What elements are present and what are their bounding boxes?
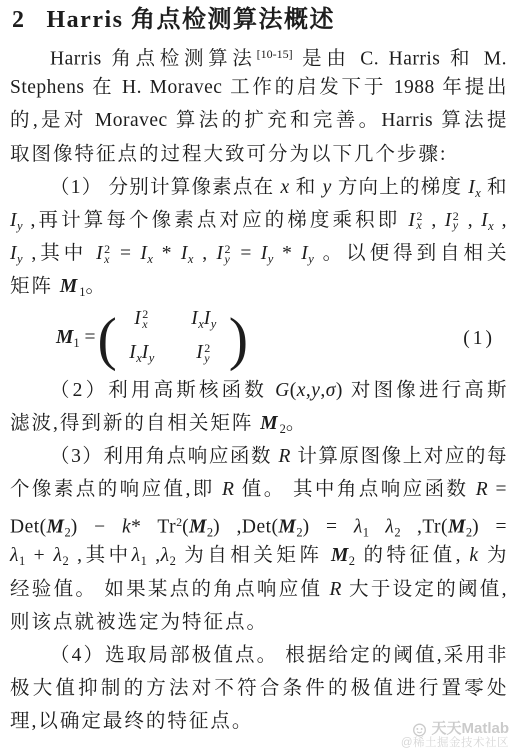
watermark-brand: 天天Matlab bbox=[431, 721, 509, 737]
text-segment: * bbox=[153, 243, 181, 264]
text-segment: 则该点就被选定为特征点。 bbox=[10, 612, 268, 633]
text-segment: ) = bbox=[472, 517, 507, 538]
text-segment: y bbox=[211, 317, 217, 331]
text-segment: M bbox=[60, 276, 79, 297]
document-page: 2 Harris 角点检测算法概述 Harris 角点检测算法[10-15] 是… bbox=[0, 0, 516, 753]
text-segment: G bbox=[275, 380, 290, 401]
text-segment: Stephens 在 H. Moravec 工作的启发下于 1988 年提出 bbox=[10, 77, 507, 98]
text-segment: I bbox=[181, 243, 188, 264]
stacked-supsub: 2y bbox=[453, 212, 459, 231]
text-segment: 极大值抑制的方法对不符合条件的极值进行置零处 bbox=[10, 678, 507, 699]
watermark: 天天Matlab @稀土掘金技术社区 bbox=[401, 721, 509, 750]
matrix: I2xIxIyIxIyI2y bbox=[117, 306, 229, 371]
text-segment: ,Tr( bbox=[401, 517, 448, 538]
text-segment: , bbox=[193, 243, 216, 264]
matrix-cell: I2y bbox=[187, 340, 221, 371]
text-segment: 理,以确定最终的特征点。 bbox=[10, 711, 253, 732]
text-segment: k bbox=[469, 545, 478, 566]
text-segment: I bbox=[134, 308, 141, 329]
text-line: Iy ,其中 I2x = Ix * Ix , I2y = Iy * Iy 。以便… bbox=[10, 237, 507, 270]
text-segment bbox=[369, 517, 385, 538]
text-line: 个像素点的响应值,即 R 值。 其中角点响应函数 R = bbox=[10, 473, 507, 506]
text-segment: , bbox=[460, 210, 481, 231]
stacked-supsub: 2y bbox=[225, 245, 231, 264]
text-segment: 为自相关矩阵 bbox=[176, 545, 331, 566]
text-segment: ( bbox=[290, 380, 297, 401]
text-segment: ) = bbox=[303, 517, 354, 538]
text-segment: = bbox=[111, 243, 140, 264]
text-segment: R bbox=[329, 579, 341, 600]
text-segment: 滤波,得到新的自相关矩阵 bbox=[10, 413, 260, 434]
text-segment: 。 bbox=[286, 413, 308, 434]
stacked-supsub: 2x bbox=[416, 212, 422, 231]
text-segment: （2）利用高斯核函数 bbox=[50, 380, 275, 401]
text-segment: 是由 C. Harris 和 M. bbox=[293, 49, 507, 70]
text-segment: R bbox=[476, 479, 488, 500]
text-segment: k bbox=[122, 517, 131, 538]
text-segment: 和 bbox=[290, 177, 323, 198]
text-segment: y bbox=[149, 351, 155, 365]
text-line: （4）选取局部极值点。 根据给定的阈值,采用非 bbox=[10, 639, 507, 672]
text-segment: = bbox=[488, 479, 507, 500]
text-segment: , bbox=[423, 210, 444, 231]
text-segment: * bbox=[273, 243, 301, 264]
text-segment: + bbox=[25, 545, 53, 566]
text-segment: I bbox=[10, 243, 17, 264]
text-segment: I bbox=[204, 308, 211, 329]
text-segment: （1） 分别计算像素点在 bbox=[50, 177, 280, 198]
text-line: 滤波,得到新的自相关矩阵 M2。 bbox=[10, 407, 507, 440]
text-line: 的,是对 Moravec 算法的扩充和完善。Harris 算法提 bbox=[10, 104, 507, 137]
text-segment: 计算原图像上对应的每 bbox=[291, 446, 507, 467]
text-segment: x bbox=[297, 380, 306, 401]
text-segment: M bbox=[189, 517, 207, 538]
equation-1: M1 = (I2xIxIyIxIyI2y)(1) bbox=[10, 304, 507, 374]
text-segment: ,其中 bbox=[23, 243, 97, 264]
text-segment: Det( bbox=[10, 517, 47, 538]
text-line: （1） 分别计算像素点在 x 和 y 方向上的梯度 Ix 和 bbox=[10, 171, 507, 204]
text-line: Det(M2) − k* Tr2(M2) ,Det(M2) = λ1 λ2 ,T… bbox=[10, 506, 507, 539]
text-line: （2）利用高斯核函数 G(x,y,σ) 对图像进行高斯 bbox=[10, 374, 507, 407]
text-segment: （3）利用角点响应函数 bbox=[50, 446, 278, 467]
text-segment: 个像素点的响应值,即 bbox=[10, 479, 222, 500]
text-segment: M bbox=[47, 517, 65, 538]
text-line: 极大值抑制的方法对不符合条件的极值进行置零处 bbox=[10, 672, 507, 705]
stacked-supsub: 2y bbox=[204, 344, 210, 363]
text-segment: ) ,Det( bbox=[213, 517, 278, 538]
stacked-supsub: 2x bbox=[142, 310, 148, 329]
text-segment: Harris 角点检测算法 bbox=[50, 49, 257, 70]
text-segment: 的,是对 Moravec 算法的扩充和完善。Harris 算法提 bbox=[10, 110, 507, 131]
text-line: Stephens 在 H. Moravec 工作的启发下于 1988 年提出 bbox=[10, 71, 507, 104]
text-line: 取图像特征点的过程大致可分为以下几个步骤: bbox=[10, 138, 507, 171]
text-segment: 的特征值, bbox=[355, 545, 469, 566]
text-segment: M bbox=[448, 517, 466, 538]
text-segment: = bbox=[80, 327, 96, 348]
smiley-face-icon bbox=[412, 722, 427, 737]
watermark-community: @稀土掘金技术社区 bbox=[401, 737, 509, 750]
text-segment: M bbox=[260, 413, 279, 434]
text-segment: λ bbox=[354, 517, 363, 538]
text-segment: R bbox=[278, 446, 290, 467]
text-segment: I bbox=[10, 210, 17, 231]
matrix-cell: IxIy bbox=[187, 306, 221, 337]
text-segment: I bbox=[261, 243, 268, 264]
text-segment: ) 对图像进行高斯 bbox=[336, 380, 507, 401]
section-number: 2 bbox=[12, 4, 25, 36]
stacked-supsub: 2x bbox=[104, 245, 110, 264]
equation-lhs: M1 = bbox=[56, 327, 95, 351]
text-segment: * Tr bbox=[131, 517, 176, 538]
watermark-brand-row: 天天Matlab bbox=[401, 721, 509, 737]
text-segment: 取图像特征点的过程大致可分为以下几个步骤: bbox=[10, 144, 447, 165]
close-paren: ) bbox=[229, 309, 248, 368]
text-segment: I bbox=[96, 243, 103, 264]
text-line: 经验值。 如果某点的角点响应值 R 大于设定的阈值, bbox=[10, 573, 507, 606]
text-segment: 。 bbox=[85, 276, 107, 297]
body-text: Harris 角点检测算法[10-15] 是由 C. Harris 和 M.St… bbox=[10, 38, 507, 739]
section-heading: 2 Harris 角点检测算法概述 bbox=[10, 4, 507, 38]
text-line: Harris 角点检测算法[10-15] 是由 C. Harris 和 M. bbox=[10, 38, 507, 71]
text-segment: M bbox=[279, 517, 297, 538]
text-segment: 方向上的梯度 bbox=[332, 177, 469, 198]
text-segment: , bbox=[494, 210, 507, 231]
text-segment: , bbox=[147, 545, 161, 566]
text-segment: R bbox=[222, 479, 234, 500]
text-segment: λ bbox=[161, 545, 170, 566]
text-line: （3）利用角点响应函数 R 计算原图像上对应的每 bbox=[10, 440, 507, 473]
matrix-cell: IxIy bbox=[125, 340, 159, 371]
text-segment: = bbox=[232, 243, 261, 264]
text-segment: λ bbox=[132, 545, 141, 566]
text-segment: （4）选取局部极值点。 根据给定的阈值,采用非 bbox=[50, 645, 507, 666]
text-segment: [10-15] bbox=[257, 47, 293, 61]
text-segment: I bbox=[408, 210, 415, 231]
text-segment: λ bbox=[10, 545, 19, 566]
text-segment: ,其中 bbox=[69, 545, 132, 566]
open-paren: ( bbox=[97, 309, 116, 368]
equation-number: (1) bbox=[463, 328, 507, 350]
text-line: 矩阵 M1。 bbox=[10, 270, 507, 303]
text-segment: y bbox=[323, 177, 332, 198]
text-segment: I bbox=[196, 342, 203, 363]
text-segment: ) − bbox=[71, 517, 122, 538]
text-line: λ1 + λ2 ,其中λ1 ,λ2 为自相关矩阵 M2 的特征值, k 为 bbox=[10, 539, 507, 572]
matrix-cell: I2x bbox=[125, 306, 159, 337]
text-segment: 和 bbox=[481, 177, 507, 198]
text-segment: M bbox=[56, 327, 73, 348]
text-line: 则该点就被选定为特征点。 bbox=[10, 606, 507, 639]
text-segment: M bbox=[331, 545, 349, 566]
text-segment: ,再计算每个像素点对应的梯度乘积即 bbox=[23, 210, 409, 231]
text-segment: 值。 其中角点响应函数 bbox=[234, 479, 475, 500]
text-segment: 经验值。 如果某点的角点响应值 bbox=[10, 579, 329, 600]
text-segment: 为 bbox=[479, 545, 507, 566]
section-title: Harris 角点检测算法概述 bbox=[47, 4, 335, 36]
text-segment: 大于设定的阈值, bbox=[342, 579, 507, 600]
text-segment: I bbox=[142, 342, 149, 363]
text-segment: I bbox=[445, 210, 452, 231]
text-segment: x bbox=[280, 177, 289, 198]
text-segment: 。以便得到自相关 bbox=[314, 243, 507, 264]
text-segment: σ bbox=[326, 380, 336, 401]
text-segment: I bbox=[217, 243, 224, 264]
text-segment: 矩阵 bbox=[10, 276, 60, 297]
text-line: Iy ,再计算每个像素点对应的梯度乘积即 I2x , I2y , Ix , bbox=[10, 204, 507, 237]
text-segment: y bbox=[311, 380, 320, 401]
